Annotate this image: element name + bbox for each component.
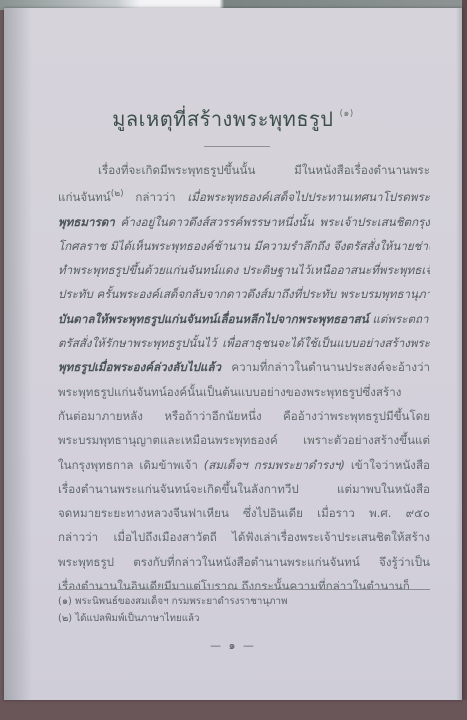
text-run: พระพุทธรูปแก่นจันทน์องค์นั้นเป็นต้นแบบอย… xyxy=(58,385,401,399)
title-footnote-mark: (๑) xyxy=(340,109,354,119)
text-run: ตรัสสั่งให้รักษาพระพุทธรูปนั้นไว้ เพื่อส… xyxy=(58,336,430,350)
footnote-text: ได้แปลพิมพ์เป็นภาษาไทยแล้ว xyxy=(75,613,199,624)
text-run: ในกรุงพุทธกาล เดิมข้าพเจ้า xyxy=(58,458,204,472)
footnote-reference: (๒) xyxy=(111,189,124,199)
footnote-2: (๒) ได้แปลพิมพ์เป็นภาษาไทยแล้ว xyxy=(58,610,430,627)
text-run: เรื่องที่จะเกิดมีพระพุทธรูปขึ้นนั้น มีใน… xyxy=(98,163,430,177)
text-run: ค้างอยู่ในดาวดึงส์สวรรค์พรรษาหนึ่งนั้น พ… xyxy=(115,215,430,229)
footnote-text: พระนิพนธ์ของสมเด็จฯ กรมพระยาดำรงราชานุภา… xyxy=(75,596,288,607)
text-line: พระบรมพุทธานุญาตและเหมือนพระพุทธองค์ เพร… xyxy=(58,428,430,452)
title-text: มูลเหตุที่สร้างพระพุทธรูป xyxy=(112,107,333,131)
text-run: เมื่อพระพุทธองค์เสด็จไปประทานเทศนาโปรดพร… xyxy=(187,190,430,204)
text-line: เรื่องตำนานพระแก่นจันทน์จะเกิดขึ้นในลังก… xyxy=(58,477,430,501)
text-run: เข้าใจว่าหนังสือ xyxy=(345,458,430,472)
text-run: เรื่องตำนานพระแก่นจันทน์จะเกิดขึ้นในลังก… xyxy=(58,482,430,496)
book-page: มูลเหตุที่สร้างพระพุทธรูป(๑) เรื่องที่จะ… xyxy=(4,8,462,700)
text-line: กันต่อมาภายหลัง หรือถ้าว่าอีกนัยหนึ่ง คื… xyxy=(58,404,430,428)
text-run: โกศลราช มิได้เห็นพระพุทธองค์ช้านาน มีควา… xyxy=(58,239,430,253)
text-run: ประทับ ครั้นพระองค์เสด็จกลับจากดาวดึงส์ม… xyxy=(58,287,430,301)
footnote-mark: (๒) xyxy=(58,613,72,624)
text-run: ความที่กล่าวในตำนานประสงค์จะอ้างว่า xyxy=(221,360,430,374)
text-line: ในกรุงพุทธกาล เดิมข้าพเจ้า (สมเด็จฯ กรมพ… xyxy=(58,453,430,477)
body-paragraph: เรื่องที่จะเกิดมีพระพุทธรูปขึ้นนั้น มีใน… xyxy=(58,158,430,598)
page-number: — ๑ — xyxy=(4,636,462,654)
text-run: พุทธรูปเมื่อพระองค์ล่วงลับไปแล้ว xyxy=(58,360,221,374)
text-line: จดหมายระยะทางหลวงจีนฟาเหียน ซึ่งไปอินเดี… xyxy=(58,501,430,525)
text-run: พระบรมพุทธานุญาตและเหมือนพระพุทธองค์ เพร… xyxy=(58,433,430,447)
text-run: แก่นจันทน์ xyxy=(58,190,111,204)
text-line: พระพุทธรูปแก่นจันทน์องค์นั้นเป็นต้นแบบอย… xyxy=(58,380,430,404)
text-run: (สมเด็จฯ กรมพระยาดำรงฯ) xyxy=(204,458,345,472)
text-run: ทำพระพุทธรูปขึ้นด้วยแก่นจันทน์แดง ประดิษ… xyxy=(58,263,430,277)
footnote-mark: (๑) xyxy=(58,596,72,607)
text-run: กล่าวว่า เมื่อไปถึงเมืองสาวัตถี ได้ฟังเล… xyxy=(58,530,430,544)
text-run: พุทธมารดา xyxy=(58,215,115,229)
book-edge-bottom xyxy=(0,700,467,720)
page-title: มูลเหตุที่สร้างพระพุทธรูป(๑) xyxy=(4,103,462,135)
text-run: กันต่อมาภายหลัง หรือถ้าว่าอีกนัยหนึ่ง คื… xyxy=(58,409,430,423)
text-line: ประทับ ครั้นพระองค์เสด็จกลับจากดาวดึงส์ม… xyxy=(58,282,430,306)
text-line: โกศลราช มิได้เห็นพระพุทธองค์ช้านาน มีควา… xyxy=(58,234,430,258)
footnote-1: (๑) พระนิพนธ์ของสมเด็จฯ กรมพระยาดำรงราชา… xyxy=(58,593,430,610)
text-run: พระพุทธรูป ตรงกับที่กล่าวในหนังสือตำนานพ… xyxy=(58,555,430,569)
text-line: ทำพระพุทธรูปขึ้นด้วยแก่นจันทน์แดง ประดิษ… xyxy=(58,258,430,282)
footnote-divider xyxy=(58,589,430,590)
text-run: เรื่องตำนานในอินเดียมีมาแต่โบราณ ถึงกระน… xyxy=(58,579,410,593)
text-line: พุทธรูปเมื่อพระองค์ล่วงลับไปแล้ว ความที่… xyxy=(58,355,430,379)
text-line: พุทธมารดา ค้างอยู่ในดาวดึงส์สวรรค์พรรษาห… xyxy=(58,210,430,234)
text-line: กล่าวว่า เมื่อไปถึงเมืองสาวัตถี ได้ฟังเล… xyxy=(58,525,430,549)
text-run: แต่พระตถาคตเจ้า xyxy=(369,312,430,326)
text-line: เรื่องที่จะเกิดมีพระพุทธรูปขึ้นนั้น มีใน… xyxy=(58,158,430,182)
text-run: จดหมายระยะทางหลวงจีนฟาเหียน ซึ่งไปอินเดี… xyxy=(58,506,430,520)
footnotes: (๑) พระนิพนธ์ของสมเด็จฯ กรมพระยาดำรงราชา… xyxy=(58,593,430,627)
text-line: บันดาลให้พระพุทธรูปแก่นจันทน์เลื่อนหลีกไ… xyxy=(58,307,430,331)
text-line: ตรัสสั่งให้รักษาพระพุทธรูปนั้นไว้ เพื่อส… xyxy=(58,331,430,355)
text-line: แก่นจันทน์(๒) กล่าวว่า เมื่อพระพุทธองค์เ… xyxy=(58,182,430,209)
book-edge-right xyxy=(462,0,467,720)
text-run: บันดาลให้พระพุทธรูปแก่นจันทน์เลื่อนหลีกไ… xyxy=(58,312,369,326)
text-line: พระพุทธรูป ตรงกับที่กล่าวในหนังสือตำนานพ… xyxy=(58,550,430,574)
title-divider xyxy=(204,146,270,147)
text-run: กล่าวว่า xyxy=(124,190,188,204)
